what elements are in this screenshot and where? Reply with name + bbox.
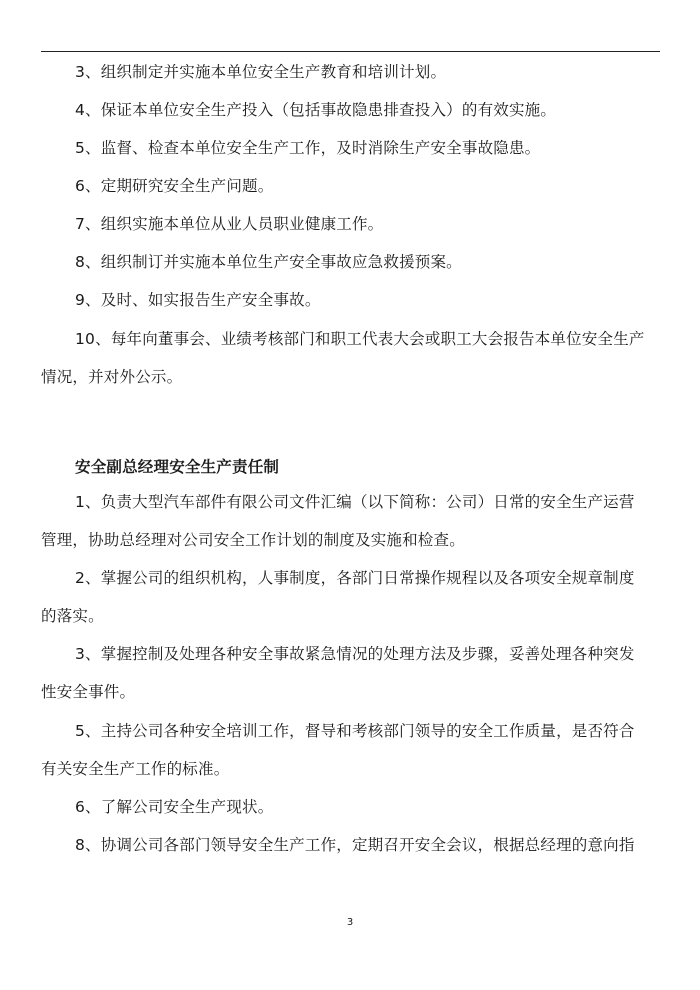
section-item-3: 3、掌握控制及处理各种安全事故紧急情况的处理方法及步骤，妥善处理各种突发 <box>41 643 695 665</box>
list-item-8: 8、组织制订并实施本单位生产安全事故应急救援预案。 <box>41 251 695 273</box>
header-rule <box>41 51 660 52</box>
section-item-5-continued: 有关安全生产工作的标准。 <box>41 758 661 780</box>
section-item-6: 6、了解公司安全生产现状。 <box>41 796 695 818</box>
section-item-2: 2、掌握公司的组织机构，人事制度，各部门日常操作规程以及各项安全规章制度 <box>41 567 695 589</box>
list-item-6: 6、定期研究安全生产问题。 <box>41 175 695 197</box>
page-number: 3 <box>0 917 700 928</box>
list-item-9: 9、及时、如实报告生产安全事故。 <box>41 289 695 311</box>
list-item-5: 5、监督、检查本单位安全生产工作，及时消除生产安全事故隐患。 <box>41 137 695 159</box>
section-item-3-continued: 性安全事件。 <box>41 681 661 703</box>
list-item-10: 10、每年向董事会、业绩考核部门和职工代表大会或职工大会报告本单位安全生产 <box>41 328 695 350</box>
list-item-3: 3、组织制定并实施本单位安全生产教育和培训计划。 <box>41 61 695 83</box>
list-item-7: 7、组织实施本单位从业人员职业健康工作。 <box>41 213 695 235</box>
section-item-8: 8、协调公司各部门领导安全生产工作，定期召开安全会议，根据总经理的意向指 <box>41 834 695 856</box>
section-item-1: 1、负责大型汽车部件有限公司文件汇编（以下简称：公司）日常的安全生产运营 <box>41 491 695 513</box>
section-item-2-continued: 的落实。 <box>41 605 661 627</box>
list-item-10-continued: 情况，并对外公示。 <box>41 366 661 388</box>
section-item-1-continued: 管理，协助总经理对公司安全工作计划的制度及实施和检查。 <box>41 529 661 551</box>
section-item-5: 5、主持公司各种安全培训工作，督导和考核部门领导的安全工作质量，是否符合 <box>41 720 695 742</box>
list-item-4: 4、保证本单位安全生产投入（包括事故隐患排查投入）的有效实施。 <box>41 99 695 121</box>
section-heading: 安全副总经理安全生产责任制 <box>41 456 695 478</box>
